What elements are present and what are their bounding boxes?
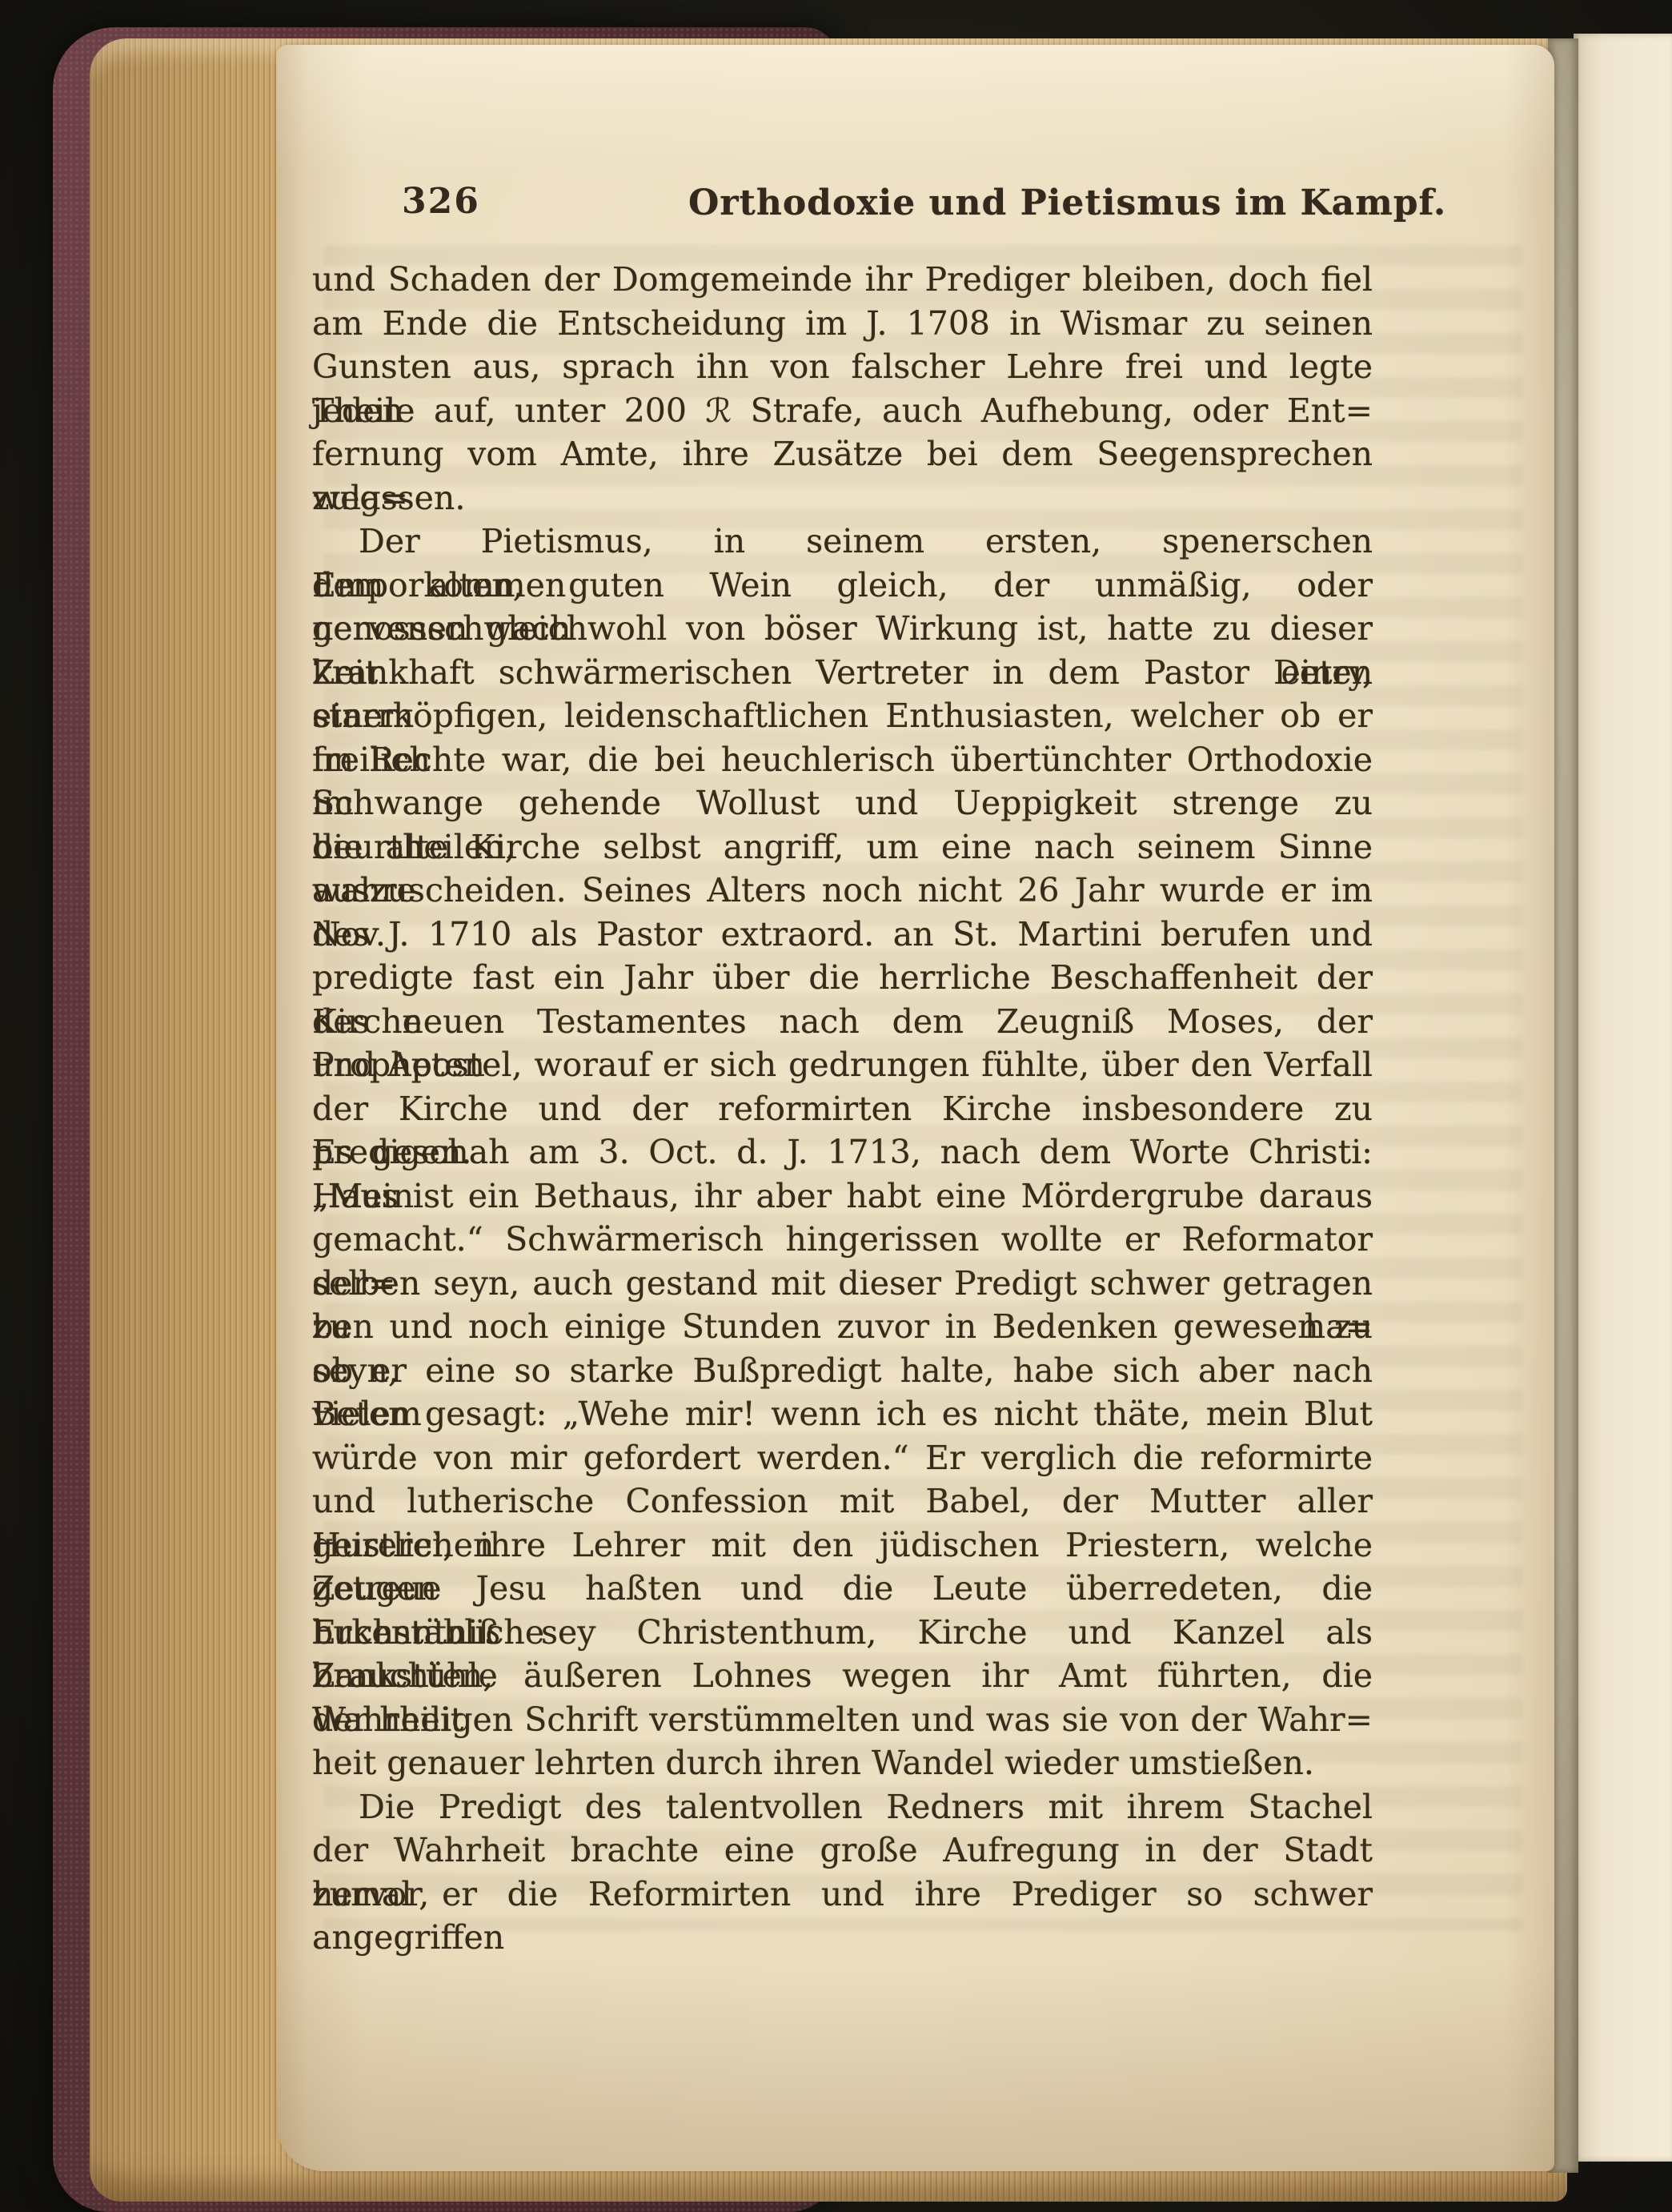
text-line: Erkenntniß sey Christenthum, Kirche und … [312,1611,1373,1655]
text-line: Gunsten aus, sprach ihn von falscher Leh… [312,345,1373,389]
text-line: heit genauer lehrten durch ihren Wandel … [312,1741,1373,1785]
text-line: Haus ist ein Bethaus, ihr aber habt eine… [312,1174,1373,1218]
text-line: gemacht.“ Schwärmerisch hingerissen woll… [312,1218,1373,1262]
text-line: Es geschah am 3. Oct. d. J. 1713, nach d… [312,1130,1373,1174]
text-line: im Rechte war, die bei heuchlerisch über… [312,738,1373,782]
text-line: und lutherische Confession mit Babel, de… [312,1479,1373,1524]
book-page: 326 Orthodoxie und Pietismus im Kampf. u… [276,45,1554,2171]
text-line: fernung vom Amte, ihre Zusätze bei dem S… [312,432,1373,476]
text-line: der Kirche und der reformirten Kirche in… [312,1087,1373,1131]
text-line: Zeugen Jesu haßten und die Leute überred… [312,1567,1373,1611]
text-line: Schwange gehende Wollust und Ueppigkeit … [312,781,1373,825]
text-line: brauchten, äußeren Lohnes wegen ihr Amt … [312,1654,1373,1698]
text-line: und Schaden der Domgemeinde ihr Prediger… [312,258,1373,302]
text-line: würde von mir gefordert werden.“ Er verg… [312,1436,1373,1480]
text-line: ben und noch einige Stunden zuvor in Bed… [312,1305,1373,1349]
running-head: 326 Orthodoxie und Pietismus im Kampf. [312,181,1373,229]
text-line: und Apostel, worauf er sich gedrungen fü… [312,1043,1373,1087]
text-line: auszuscheiden. Seines Alters noch nicht … [312,869,1373,913]
text-line: Beten gesagt: „Wehe mir! wenn ich es nic… [312,1392,1373,1436]
text-line: Theile auf, unter 200 ℛ Strafe, auch Auf… [312,389,1373,433]
text-line: dem alten, guten Wein gleich, der unmäßi… [312,564,1373,608]
text-line: ob er eine so starke Bußpredigt halte, h… [312,1349,1373,1393]
text-line: Hurerei, ihre Lehrer mit den jüdischen P… [312,1524,1373,1568]
text-line: genossen gleichwohl von böser Wirkung is… [312,607,1373,651]
next-page-edge [1574,34,1672,2162]
text-line: der heiligen Schrift verstümmelten und w… [312,1698,1373,1742]
running-title: Orthodoxie und Pietismus im Kampf. [688,183,1446,223]
text-line: krankhaft schwärmerischen Vertreter in d… [312,651,1373,695]
text-line: des neuen Testamentes nach dem Zeugniß M… [312,1000,1373,1044]
text-line: starrköpfigen, leidenschaftlichen Enthus… [312,694,1373,738]
text-line: zumal er die Reformirten und ihre Predig… [312,1873,1373,1917]
text-line: der Wahrheit brachte eine große Aufregun… [312,1829,1373,1873]
text-line: predigte fast ein Jahr über die herrlich… [312,956,1373,1000]
text-line: des J. 1710 als Pastor extraord. an St. … [312,913,1373,957]
text-line: Der Pietismus, in seinem ersten, speners… [312,520,1373,564]
text-line: die alte Kirche selbst angriff, um eine … [312,825,1373,869]
text-line: zulassen. [312,476,1373,520]
text-line: am Ende die Entscheidung im J. 1708 in W… [312,302,1373,346]
text-line: selben seyn, auch gestand mit dieser Pre… [312,1262,1373,1306]
page-text: und Schaden der Domgemeinde ihr Prediger… [312,258,1373,1916]
page-number: 326 [402,181,480,222]
text-line: Die Predigt des talentvollen Redners mit… [312,1785,1373,1829]
